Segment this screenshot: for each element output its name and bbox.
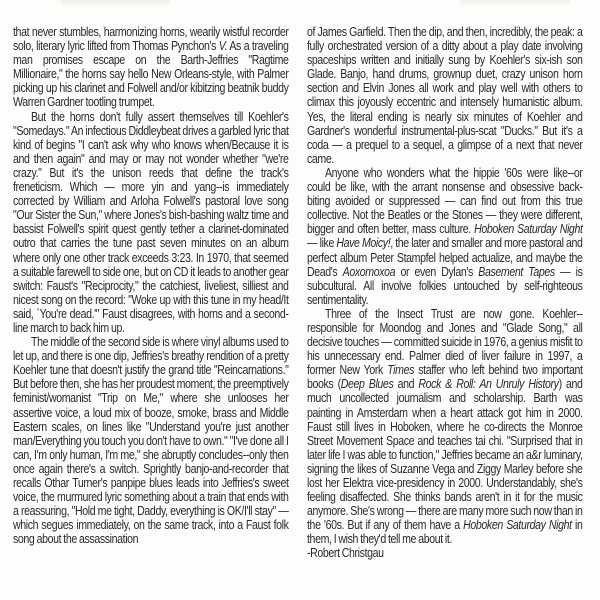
album-title-italic: Hoboken Saturday Night (474, 222, 582, 236)
book-title-italic: Deep Blues (341, 377, 394, 391)
page-fold-shadow (60, 0, 170, 8)
album-title-italic: Hoboken Saturday Night (463, 518, 572, 532)
book-title-italic: Rock & Roll: An Unruly History (418, 377, 558, 391)
text-segment: But the horns don't fully assert themsel… (13, 110, 289, 335)
page-fold-shadow (460, 0, 570, 6)
album-title-italic: V. (219, 39, 227, 53)
paragraph: But the horns don't fully assert themsel… (13, 110, 289, 336)
left-column: that never stumbles, harmonizing horns, … (13, 25, 289, 546)
text-segment: The middle of the second side is where v… (13, 335, 289, 546)
author-signature: -Robert Christgau (307, 546, 583, 560)
paragraph: of James Garfield. Then the dip, and the… (307, 25, 583, 166)
text-segment: or even Dylan's (395, 265, 478, 279)
text-segment: — like (307, 236, 336, 250)
paragraph: that never stumbles, harmonizing horns, … (13, 25, 289, 110)
paragraph: Anyone who wonders what the hippie '60s … (307, 166, 583, 307)
text-segment: ) and much uncollected journalism and sc… (307, 377, 583, 532)
album-title-italic: Have Moicy! (336, 236, 390, 250)
text-segment: and (393, 377, 418, 391)
right-column: of James Garfield. Then the dip, and the… (307, 25, 583, 561)
publication-italic: Times (387, 363, 414, 377)
text-segment: of James Garfield. Then the dip, and the… (307, 25, 583, 166)
album-title-italic: Basement Tapes (478, 265, 554, 279)
paragraph: Three of the Insect Trust are now gone. … (307, 307, 583, 547)
album-title-italic: Aoxomoxoa (343, 265, 395, 279)
paragraph: The middle of the second side is where v… (13, 335, 289, 546)
